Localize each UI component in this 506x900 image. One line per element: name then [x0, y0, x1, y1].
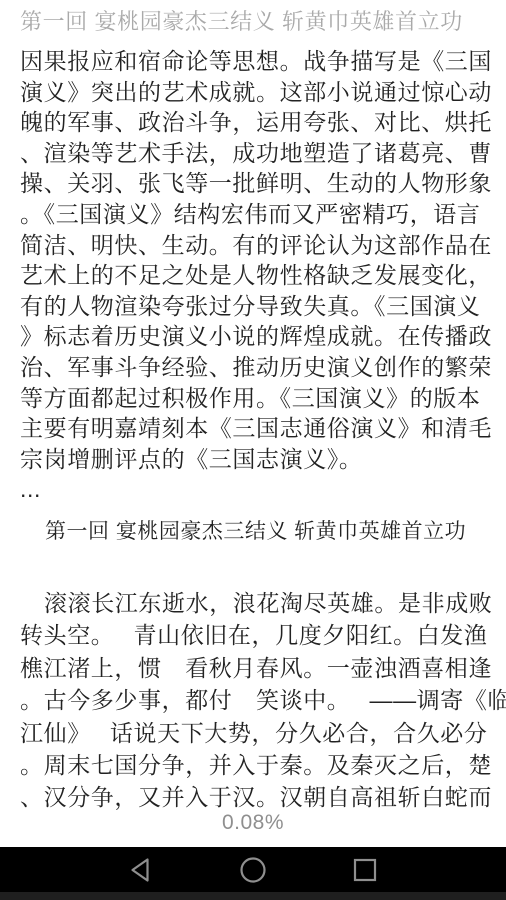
text-line: 主要有明嘉靖刻本《三国志通俗演义》和清毛 [20, 413, 492, 444]
in-text-chapter-heading: 第一回 宴桃园豪杰三结义 斩黄巾英雄首立功 [45, 517, 466, 547]
text-line: 江仙》 话说天下大势，分久必合，合久必分 [20, 717, 506, 749]
text-line: 》标志着历史演义小说的辉煌成就。在传播政 [20, 321, 492, 352]
text-line: 演义》突出的艺术成就。这部小说通过惊心动 [20, 77, 492, 108]
text-line: 有的人物渲染夸张过分导致失真。《三国演义 [20, 291, 492, 322]
text-line: 滚滚长江东逝水，浪花淘尽英雄。是非成败 [20, 587, 506, 619]
reader-page-text[interactable]: 因果报应和宿命论等思想。战争描写是《三国 演义》突出的艺术成就。这部小说通过惊心… [20, 46, 492, 505]
text-line: 因果报应和宿命论等思想。战争描写是《三国 [20, 46, 492, 77]
text-line: 。《三国演义》结构宏伟而又严密精巧，语言 [20, 199, 492, 230]
reading-progress-label: 0.08% [0, 810, 506, 836]
ellipsis-line: ... [20, 474, 492, 505]
back-button[interactable] [127, 856, 155, 884]
text-line: 。古今多少事，都付 笑谈中。 ——调寄《临 [20, 684, 506, 716]
text-line: 等方面都起过积极作用。《三国演义》的版本 [20, 383, 492, 414]
reader-page-text[interactable]: 滚滚长江东逝水，浪花淘尽英雄。是非成败 转头空。 青山依旧在，几度夕阳红。白发渔… [20, 587, 506, 814]
android-navigation-bar [0, 847, 506, 892]
text-line: 操、关羽、张飞等一批鲜明、生动的人物形象 [20, 168, 492, 199]
recents-square-icon [351, 856, 379, 884]
text-line: 治、军事斗争经验、推动历史演义创作的繁荣 [20, 352, 492, 383]
text-line: 、渲染等艺术手法，成功地塑造了诸葛亮、曹 [20, 138, 492, 169]
home-circle-icon [239, 856, 267, 884]
text-line: 转头空。 青山依旧在，几度夕阳红。白发渔 [20, 619, 506, 651]
recents-button[interactable] [351, 856, 379, 884]
text-line: 艺术上的不足之处是人物性格缺乏发展变化， [20, 260, 492, 291]
text-line: 。周末七国分争，并入于秦。及秦灭之后，楚 [20, 749, 506, 781]
chapter-header-title: 第一回 宴桃园豪杰三结义 斩黄巾英雄首立功 [20, 9, 463, 35]
home-button[interactable] [239, 856, 267, 884]
navbar-bottom-strip [0, 892, 506, 900]
text-line: 樵江渚上，惯 看秋月春风。一壶浊酒喜相逢 [20, 652, 506, 684]
text-line: 宗岗增删评点的《三国志演义》。 [20, 444, 492, 475]
reader-screen: 第一回 宴桃园豪杰三结义 斩黄巾英雄首立功 因果报应和宿命论等思想。战争描写是《… [0, 0, 506, 900]
text-line: 魄的军事、政治斗争，运用夸张、对比、烘托 [20, 107, 492, 138]
back-triangle-icon [127, 856, 155, 884]
text-line: 简洁、明快、生动。有的评论认为这部作品在 [20, 230, 492, 261]
text-line: 、汉分争，又并入于汉。汉朝自高祖斩白蛇而 [20, 781, 506, 813]
